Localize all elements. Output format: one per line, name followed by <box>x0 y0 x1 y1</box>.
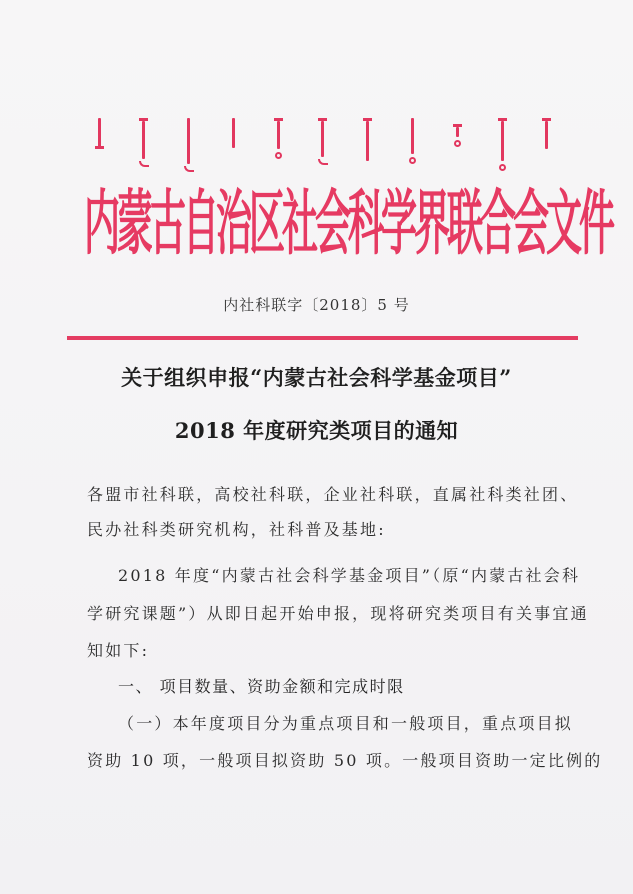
mongolian-word <box>316 118 330 165</box>
intro-line-2: 学研究课题”）从即日起开始申报，现将研究类项目有关事宜通 <box>87 601 589 624</box>
title-char: 治 <box>216 191 249 261</box>
notice-title-line-1: 关于组织申报“内蒙古社会科学基金项目” <box>0 362 633 392</box>
document-number: 内社科联字〔2018〕5 号 <box>0 294 633 315</box>
section-1-paragraph-line-2: 资助 10 项，一般项目拟资助 50 项。一般项目资助一定比例的 <box>87 748 602 771</box>
mongolian-word <box>92 118 106 149</box>
title-char: 内 <box>84 191 117 261</box>
document-page: 内 蒙 古 自 治 区 社 会 科 学 界 联 合 会 文 件 内社科联字〔20… <box>0 0 633 894</box>
title-char: 自 <box>183 191 216 261</box>
mongolian-word <box>226 118 240 148</box>
mongolian-word <box>361 118 375 161</box>
mongolian-word <box>495 118 509 171</box>
recipients-line-1: 各盟市社科联，高校社科联，企业社科联，直属社科类社团、 <box>87 482 578 505</box>
title-char: 件 <box>579 191 612 261</box>
title-char: 社 <box>282 191 315 261</box>
mongolian-word <box>137 118 151 167</box>
title-char: 区 <box>249 191 282 261</box>
title-char: 合 <box>480 191 513 261</box>
intro-line-3: 知如下: <box>87 638 149 661</box>
mongolian-word <box>182 118 196 172</box>
title-char: 会 <box>513 191 546 261</box>
section-1-heading: 一、 项目数量、资助金额和完成时限 <box>118 674 405 697</box>
title-char: 界 <box>414 191 447 261</box>
title-char: 文 <box>546 191 579 261</box>
title-char: 联 <box>447 191 480 261</box>
notice-title-line-2: 2018 年度研究类项目的通知 <box>0 415 633 445</box>
title-char: 会 <box>315 191 348 261</box>
title-char: 科 <box>348 191 381 261</box>
mongolian-word <box>406 118 420 164</box>
section-1-paragraph-line-1: （一）本年度项目分为重点项目和一般项目，重点项目拟 <box>118 711 573 734</box>
red-divider-rule <box>67 336 578 340</box>
title-char: 古 <box>150 191 183 261</box>
recipients-line-2: 民办社科类研究机构，社科普及基地: <box>87 517 386 540</box>
mongolian-script-header <box>92 118 554 188</box>
mongolian-word <box>450 118 464 147</box>
mongolian-word <box>540 118 554 149</box>
issuing-organization-title: 内 蒙 古 自 治 区 社 会 科 学 界 联 合 会 文 件 <box>84 186 556 266</box>
title-char: 学 <box>381 191 414 261</box>
mongolian-word <box>271 118 285 159</box>
title-char: 蒙 <box>117 191 150 261</box>
intro-line-1: 2018 年度“内蒙古社会科学基金项目”（原“内蒙古社会科 <box>118 563 580 586</box>
